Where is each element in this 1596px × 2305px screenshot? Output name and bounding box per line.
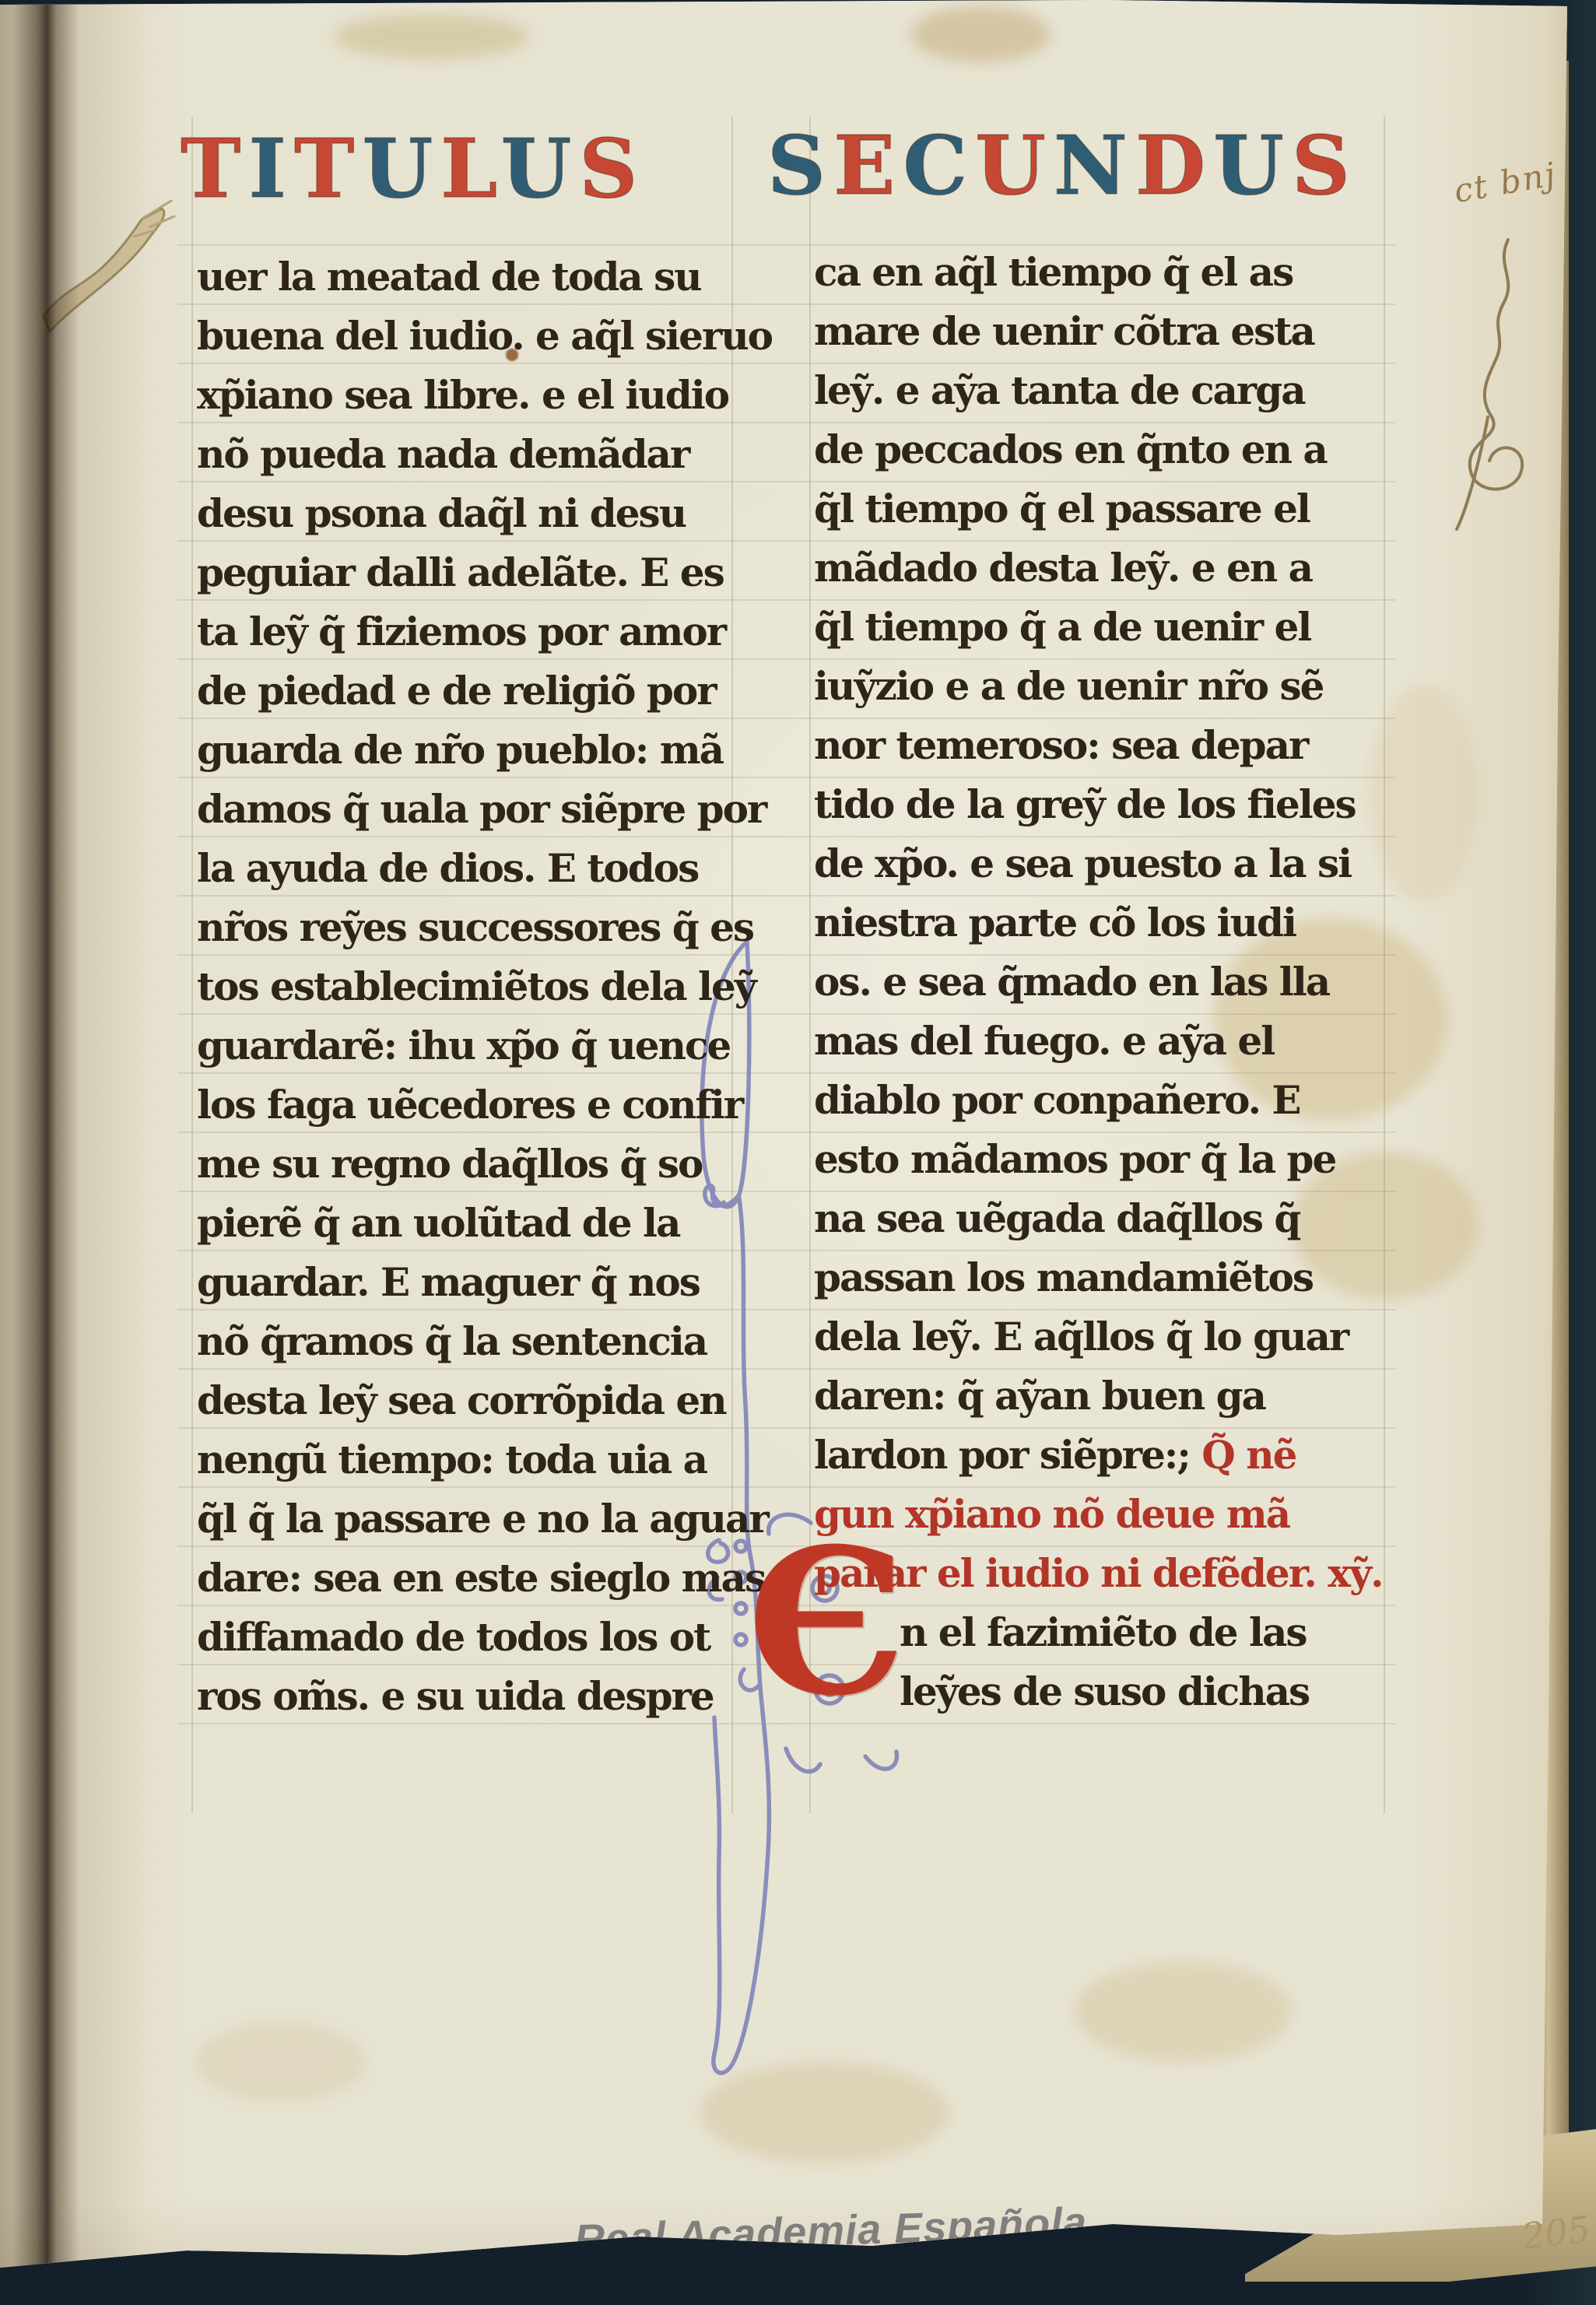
binding-gutter xyxy=(12,0,79,2305)
manuscript-photo: TITULUS SECUNDUS ct bnj uer la meatad de… xyxy=(0,0,1596,2305)
folio-number: 205 xyxy=(1520,2208,1593,2258)
parchment-page: TITULUS SECUNDUS ct bnj uer la meatad de… xyxy=(0,0,1596,2305)
page-vignette xyxy=(0,0,1596,2305)
